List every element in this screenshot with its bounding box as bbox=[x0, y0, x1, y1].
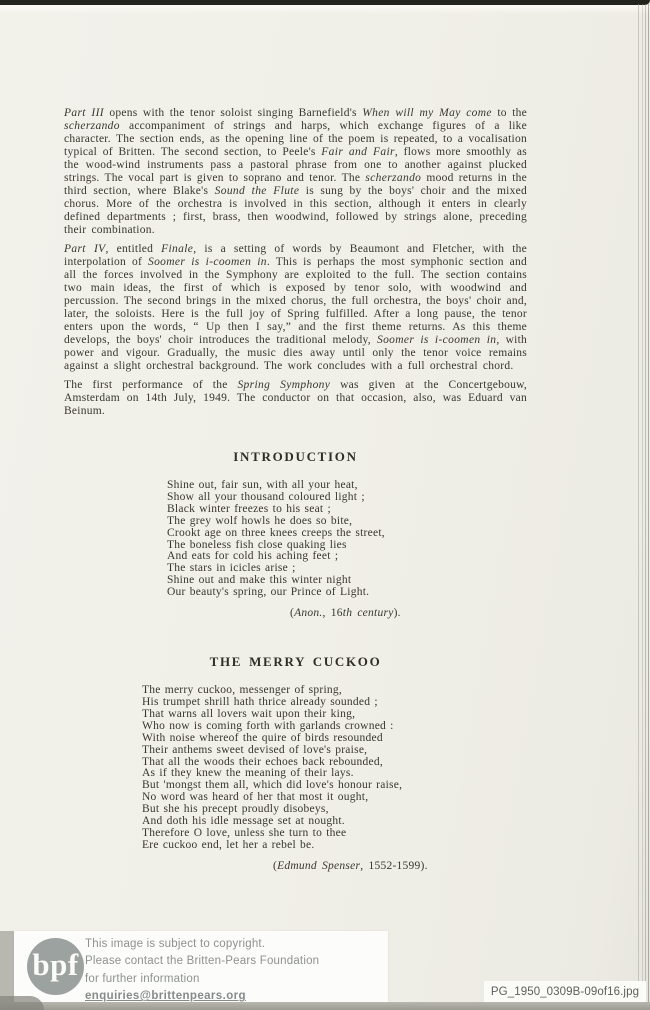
scanned-programme-page: Part III opens with the tenor soloist si… bbox=[0, 0, 650, 1010]
scan-background-corner bbox=[0, 931, 14, 1002]
introduction-attribution: (Anon., 16th century). bbox=[290, 606, 527, 621]
poem-line: Ere cuckoo end, let her a rebel be. bbox=[142, 840, 527, 852]
poem-line: Their anthems sweet devised of love's pr… bbox=[142, 745, 527, 757]
poem-line: The grey wolf howls he does so bite, bbox=[167, 516, 527, 528]
scanner-bed-edge bbox=[0, 1002, 650, 1010]
programme-notes: Part III opens with the tenor soloist si… bbox=[64, 107, 527, 874]
copyright-watermark-panel: bpf This image is subject to copyright. … bbox=[14, 931, 388, 1002]
copyright-line-1: This image is subject to copyright. bbox=[85, 936, 385, 953]
bpf-logo-text: bpf bbox=[32, 947, 78, 983]
poem-line: With noise whereof the quire of birds re… bbox=[142, 733, 527, 745]
merry-cuckoo-poem: The merry cuckoo, messenger of spring,Hi… bbox=[142, 685, 527, 852]
programme-note-paragraph-part-3: Part III opens with the tenor soloist si… bbox=[64, 107, 527, 237]
merry-cuckoo-attribution: (Edmund Spenser, 1552-1599). bbox=[273, 859, 527, 874]
poem-line: Black winter freezes to his seat ; bbox=[167, 504, 527, 516]
copyright-line-3: for further information bbox=[85, 971, 385, 988]
poem-line: That warns all lovers wait upon their ki… bbox=[142, 709, 527, 721]
copyright-line-2: Please contact the Britten-Pears Foundat… bbox=[85, 953, 385, 970]
bpf-logo: bpf bbox=[27, 938, 84, 995]
poem-line: Our beauty's spring, our Prince of Light… bbox=[167, 587, 527, 599]
programme-note-paragraph-premiere: The first performance of the Spring Symp… bbox=[64, 379, 527, 418]
filename-label: PG_1950_0309B-09of16.jpg bbox=[491, 986, 639, 998]
introduction-poem: Shine out, fair sun, with all your heat,… bbox=[167, 480, 527, 599]
page-top-highlight bbox=[0, 5, 650, 14]
copyright-notice: This image is subject to copyright. Plea… bbox=[85, 936, 385, 1006]
merry-cuckoo-heading: THE MERRY CUCKOO bbox=[64, 654, 527, 670]
bottom-left-corner-shadow bbox=[0, 996, 44, 1010]
poem-line: Crookt age on three knees creeps the str… bbox=[167, 528, 527, 540]
poem-line: Who now is coming forth with garlands cr… bbox=[142, 721, 527, 733]
programme-note-paragraph-part-4: Part IV, entitled Finale, is a setting o… bbox=[64, 243, 527, 373]
introduction-heading: INTRODUCTION bbox=[64, 449, 527, 465]
page-stack-edge bbox=[636, 4, 650, 1002]
filename-badge: PG_1950_0309B-09of16.jpg bbox=[484, 981, 646, 1002]
